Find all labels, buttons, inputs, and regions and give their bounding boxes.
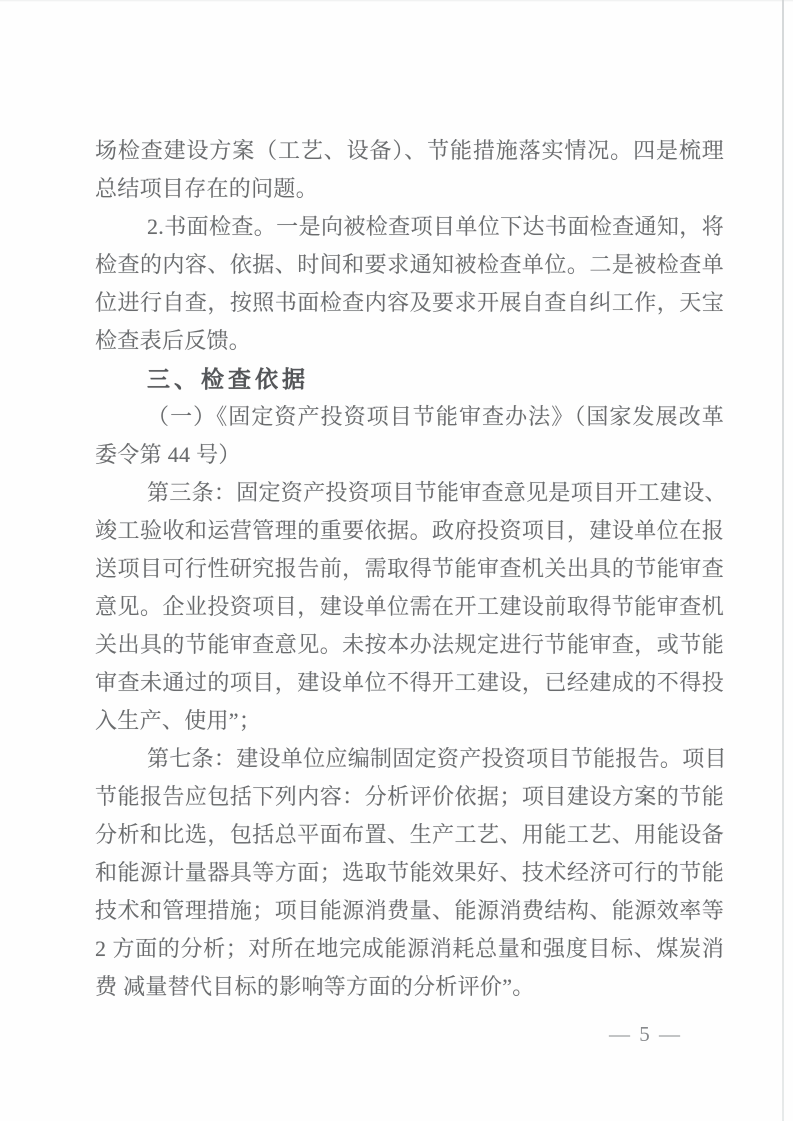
text-line: （一）《固定资产投资项目节能审查办法》（国家发展改革 <box>95 398 724 436</box>
text-line: 节能报告应包括下列内容：分析评价依据；项目建设方案的节能 <box>95 778 724 816</box>
text-line: 和能源计量器具等方面；选取节能效果好、技术经济可行的节能 <box>95 854 724 892</box>
text-line: 第七条：建设单位应编制固定资产投资项目节能报告。项目 <box>95 740 724 778</box>
text-line: 费 减量替代目标的影响等方面的分析评价”。 <box>95 968 724 1006</box>
text-line: 委令第 44 号） <box>95 436 724 474</box>
text-line: 关出具的节能审查意见。未按本办法规定进行节能审查，或节能 <box>95 626 724 664</box>
text-line: 场检查建设方案（工艺、设备）、节能措施落实情况。四是梳理 <box>95 132 724 170</box>
scan-edge-artifact-right <box>782 0 784 1121</box>
text-line: 竣工验收和运营管理的重要依据。政府投资项目，建设单位在报 <box>95 512 724 550</box>
text-line: 入生产、使用”； <box>95 702 724 740</box>
text-line: 技术和管理措施；项目能源消费量、能源消费结构、能源效率等 <box>95 892 724 930</box>
text-line: 检查的内容、依据、时间和要求通知被检查单位。二是被检查单 <box>95 246 724 284</box>
text-line: 检查表后反馈。 <box>95 322 724 360</box>
section-heading: 三、检查依据 <box>95 360 724 398</box>
document-body: 场检查建设方案（工艺、设备）、节能措施落实情况。四是梳理 总结项目存在的问题。 … <box>95 132 724 1006</box>
text-line: 2.书面检查。一是向被检查项目单位下达书面检查通知，将 <box>95 208 724 246</box>
text-line: 送项目可行性研究报告前，需取得节能审查机关出具的节能审查 <box>95 550 724 588</box>
text-line: 总结项目存在的问题。 <box>95 170 724 208</box>
text-line: 第三条：固定资产投资项目节能审查意见是项目开工建设、 <box>95 474 724 512</box>
text-line: 位进行自查，按照书面检查内容及要求开展自查自纠工作，天宝 <box>95 284 724 322</box>
text-line: 意见。企业投资项目，建设单位需在开工建设前取得节能审查机 <box>95 588 724 626</box>
text-line: 2 方面的分析；对所在地完成能源消耗总量和强度目标、煤炭消 <box>95 930 724 968</box>
document-page: 场检查建设方案（工艺、设备）、节能措施落实情况。四是梳理 总结项目存在的问题。 … <box>0 0 793 1121</box>
text-line: 审查未通过的项目，建设单位不得开工建设，已经建成的不得投 <box>95 664 724 702</box>
text-line: 分析和比选，包括总平面布置、生产工艺、用能工艺、用能设备 <box>95 816 724 854</box>
page-number: — 5 — <box>609 1020 682 1048</box>
scan-edge-artifact-top <box>0 0 793 2</box>
